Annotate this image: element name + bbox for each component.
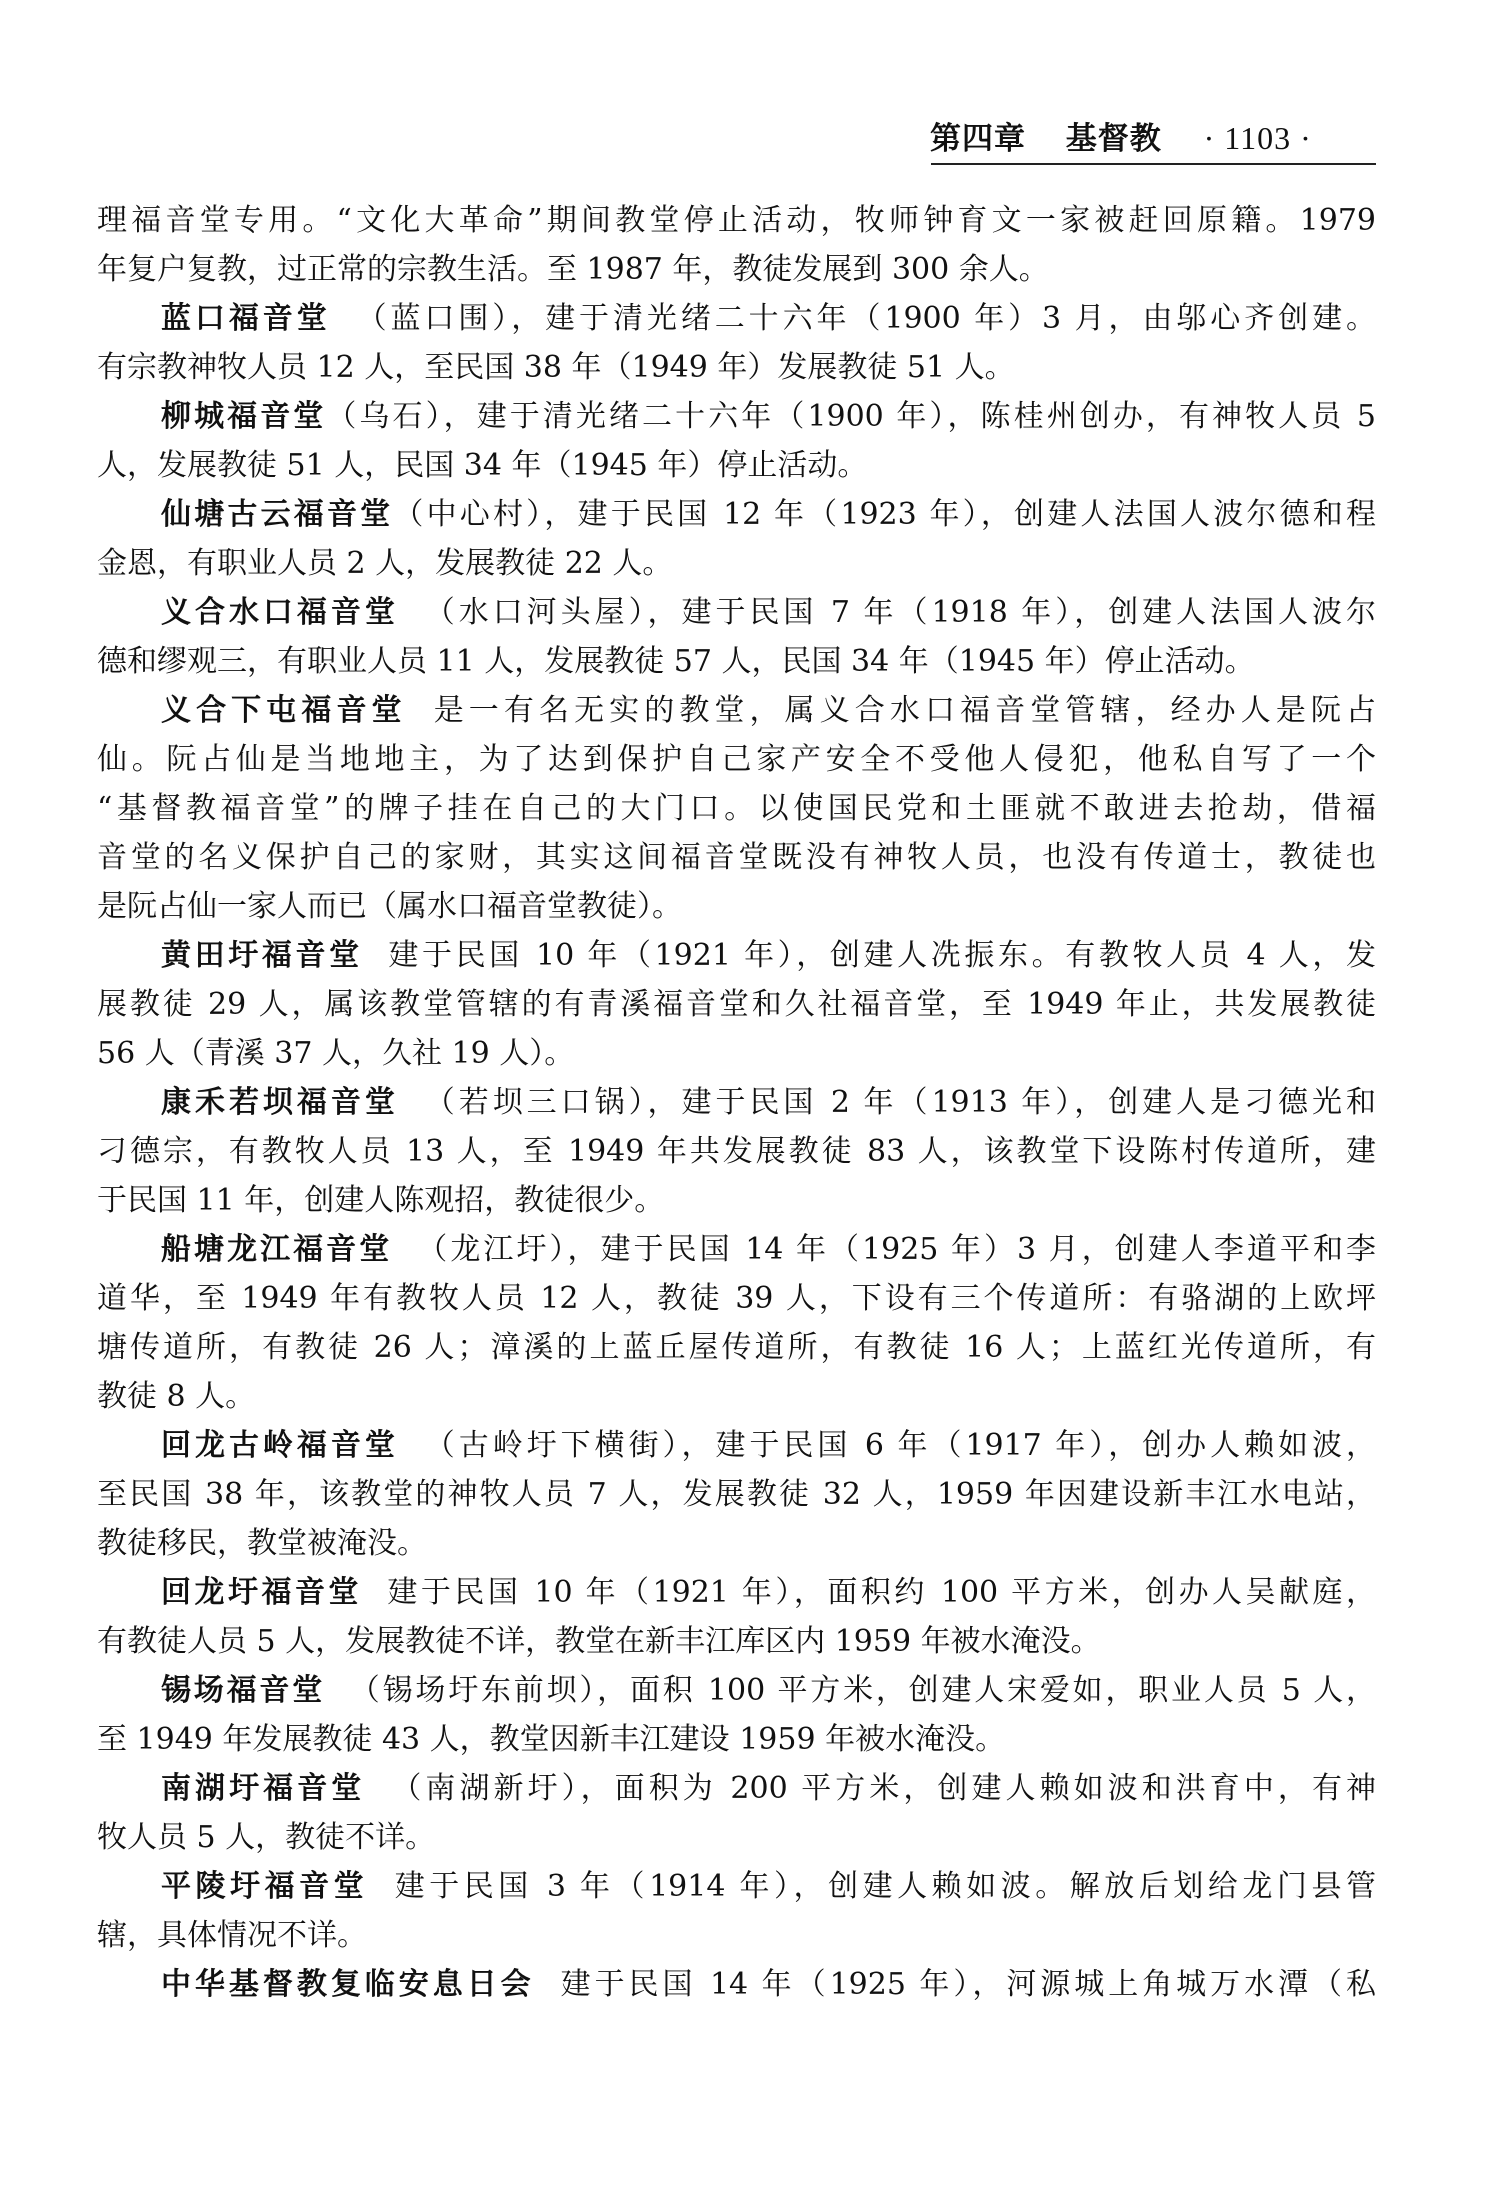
body-text: 理福音堂专用。“文化大革命”期间教堂停止活动，牧师钟育文一家被赶回原籍。1979… [97, 196, 1376, 2009]
entry-text: 建于民国 14 年（1925 年），河源城上角城万水潭（私 [557, 1967, 1376, 2002]
text-line: 教徒 8 人。 [97, 1372, 1376, 1421]
entry-text: （古岭圩下横街），建于民国 6 年（1917 年），创办人赖如波， [421, 1428, 1376, 1463]
entry-text: （中心村），建于民国 12 年（1923 年），创建人法国人波尔德和程 [393, 497, 1376, 532]
entry-term: 康禾若坝福音堂 [161, 1085, 399, 1120]
entry-text: （蓝口围），建于清光绪二十六年（1900 年）3 月，由邬心齐创建。 [353, 301, 1376, 336]
chapter-title: 第四章 [930, 115, 1026, 163]
entry-text: 建于民国 3 年（1914 年），创建人赖如波。解放后划给龙门县管 [390, 1869, 1376, 1904]
entry-text: （锡场圩东前坝），面积 100 平方米，创建人宋爱如，职业人员 5 人， [347, 1673, 1376, 1708]
text-line: 是阮占仙一家人而已（属水口福音堂教徒）。 [97, 882, 1376, 931]
text-line: 理福音堂专用。“文化大革命”期间教堂停止活动，牧师钟育文一家被赶回原籍。1979 [97, 196, 1376, 245]
paragraph-first-line: 南湖圩福音堂（南湖新圩），面积为 200 平方米，创建人赖如波和洪育中，有神 [97, 1764, 1376, 1813]
paragraph-first-line: 义合下屯福音堂是一有名无实的教堂，属义合水口福音堂管辖，经办人是阮占 [97, 686, 1376, 735]
entry-term: 平陵圩福音堂 [161, 1869, 368, 1904]
entry-term: 义合水口福音堂 [161, 595, 399, 630]
paragraph-first-line: 锡场福音堂（锡场圩东前坝），面积 100 平方米，创建人宋爱如，职业人员 5 人… [97, 1666, 1376, 1715]
entry-text: （南湖新圩），面积为 200 平方米，创建人赖如波和洪育中，有神 [387, 1771, 1376, 1806]
text-line: 年复户复教，过正常的宗教生活。至 1987 年，教徒发展到 300 余人。 [97, 245, 1376, 294]
text-line: 展教徒 29 人，属该教堂管辖的有青溪福音堂和久社福音堂，至 1949 年止，共… [97, 980, 1376, 1029]
paragraph-first-line: 中华基督教复临安息日会建于民国 14 年（1925 年），河源城上角城万水潭（私 [97, 1960, 1376, 2009]
entry-term: 船塘龙江福音堂 [161, 1232, 392, 1267]
text-line: 至 1949 年发展教徒 43 人，教堂因新丰江建设 1959 年被水淹没。 [97, 1715, 1376, 1764]
paragraph-first-line: 柳城福音堂（乌石），建于清光绪二十六年（1900 年），陈桂州创办，有神牧人员 … [97, 392, 1376, 441]
text-line: 至民国 38 年，该教堂的神牧人员 7 人，发展教徒 32 人，1959 年因建… [97, 1470, 1376, 1519]
text-line: 道华，至 1949 年有教牧人员 12 人，教徒 39 人，下设有三个传道所：有… [97, 1274, 1376, 1323]
text-line: 于民国 11 年，创建人陈观招，教徒很少。 [97, 1176, 1376, 1225]
text-line: 德和缪观三，有职业人员 11 人，发展教徒 57 人，民国 34 年（1945 … [97, 637, 1376, 686]
entry-text: （乌石），建于清光绪二十六年（1900 年），陈桂州创办，有神牧人员 5 [326, 399, 1376, 434]
header-rule [931, 163, 1376, 165]
text-line: 教徒移民，教堂被淹没。 [97, 1519, 1376, 1568]
paragraph-first-line: 康禾若坝福音堂（若坝三口锅），建于民国 2 年（1913 年），创建人是刁德光和 [97, 1078, 1376, 1127]
entry-text: （水口河头屋），建于民国 7 年（1918 年），创建人法国人波尔 [421, 595, 1376, 630]
section-title: 基督教 [1066, 115, 1162, 163]
entry-term: 蓝口福音堂 [161, 301, 331, 336]
text-line: 56 人（青溪 37 人，久社 19 人）。 [97, 1029, 1376, 1078]
paragraph-first-line: 黄田圩福音堂建于民国 10 年（1921 年），创建人冼振东。有教牧人员 4 人… [97, 931, 1376, 980]
entry-term: 义合下屯福音堂 [161, 693, 407, 728]
page-number: · 1103 · [1204, 114, 1312, 162]
paragraph-first-line: 回龙古岭福音堂（古岭圩下横街），建于民国 6 年（1917 年），创办人赖如波， [97, 1421, 1376, 1470]
entry-text: 是一有名无实的教堂，属义合水口福音堂管辖，经办人是阮占 [429, 693, 1376, 728]
entry-term: 黄田圩福音堂 [161, 938, 363, 973]
text-line: 音堂的名义保护自己的家财，其实这间福音堂既没有神牧人员，也没有传道士，教徒也 [97, 833, 1376, 882]
entry-term: 锡场福音堂 [161, 1673, 325, 1708]
entry-term: 中华基督教复临安息日会 [161, 1967, 535, 2002]
text-line: 刁德宗，有教牧人员 13 人，至 1949 年共发展教徒 83 人，该教堂下设陈… [97, 1127, 1376, 1176]
paragraph-first-line: 船塘龙江福音堂（龙江圩），建于民国 14 年（1925 年）3 月，创建人李道平… [97, 1225, 1376, 1274]
entry-text: 建于民国 10 年（1921 年），面积约 100 平方米，创办人吴献庭， [384, 1575, 1376, 1610]
text-line: 牧人员 5 人，教徒不详。 [97, 1813, 1376, 1862]
entry-term: 柳城福音堂 [161, 399, 326, 434]
text-line: 有教徒人员 5 人，发展教徒不详，教堂在新丰江库区内 1959 年被水淹没。 [97, 1617, 1376, 1666]
entry-text: （龙江圩），建于民国 14 年（1925 年）3 月，创建人李道平和李 [414, 1232, 1376, 1267]
entry-term: 仙塘古云福音堂 [161, 497, 393, 532]
entry-text: （若坝三口锅），建于民国 2 年（1913 年），创建人是刁德光和 [421, 1085, 1376, 1120]
paragraph-first-line: 蓝口福音堂（蓝口围），建于清光绪二十六年（1900 年）3 月，由邬心齐创建。 [97, 294, 1376, 343]
text-line: “基督教福音堂”的牌子挂在自己的大门口。以使国民党和土匪就不敢进去抢劫，借福 [97, 784, 1376, 833]
entry-term: 回龙古岭福音堂 [161, 1428, 399, 1463]
paragraph-first-line: 仙塘古云福音堂（中心村），建于民国 12 年（1923 年），创建人法国人波尔德… [97, 490, 1376, 539]
paragraph-first-line: 平陵圩福音堂建于民国 3 年（1914 年），创建人赖如波。解放后划给龙门县管 [97, 1862, 1376, 1911]
text-line: 辖，具体情况不详。 [97, 1911, 1376, 1960]
entry-term: 南湖圩福音堂 [161, 1771, 365, 1806]
text-line: 仙。阮占仙是当地地主，为了达到保护自己家产安全不受他人侵犯，他私自写了一个 [97, 735, 1376, 784]
paragraph-first-line: 义合水口福音堂（水口河头屋），建于民国 7 年（1918 年），创建人法国人波尔 [97, 588, 1376, 637]
text-line: 有宗教神牧人员 12 人，至民国 38 年（1949 年）发展教徒 51 人。 [97, 343, 1376, 392]
entry-text: 建于民国 10 年（1921 年），创建人冼振东。有教牧人员 4 人，发 [385, 938, 1376, 973]
text-line: 金恩，有职业人员 2 人，发展教徒 22 人。 [97, 539, 1376, 588]
entry-term: 回龙圩福音堂 [161, 1575, 362, 1610]
text-line: 人，发展教徒 51 人，民国 34 年（1945 年）停止活动。 [97, 441, 1376, 490]
running-head: 第四章 基督教 · 1103 · [930, 114, 1380, 162]
text-line: 塘传道所，有教徒 26 人；漳溪的上蓝丘屋传道所，有教徒 16 人；上蓝红光传道… [97, 1323, 1376, 1372]
paragraph-first-line: 回龙圩福音堂建于民国 10 年（1921 年），面积约 100 平方米，创办人吴… [97, 1568, 1376, 1617]
